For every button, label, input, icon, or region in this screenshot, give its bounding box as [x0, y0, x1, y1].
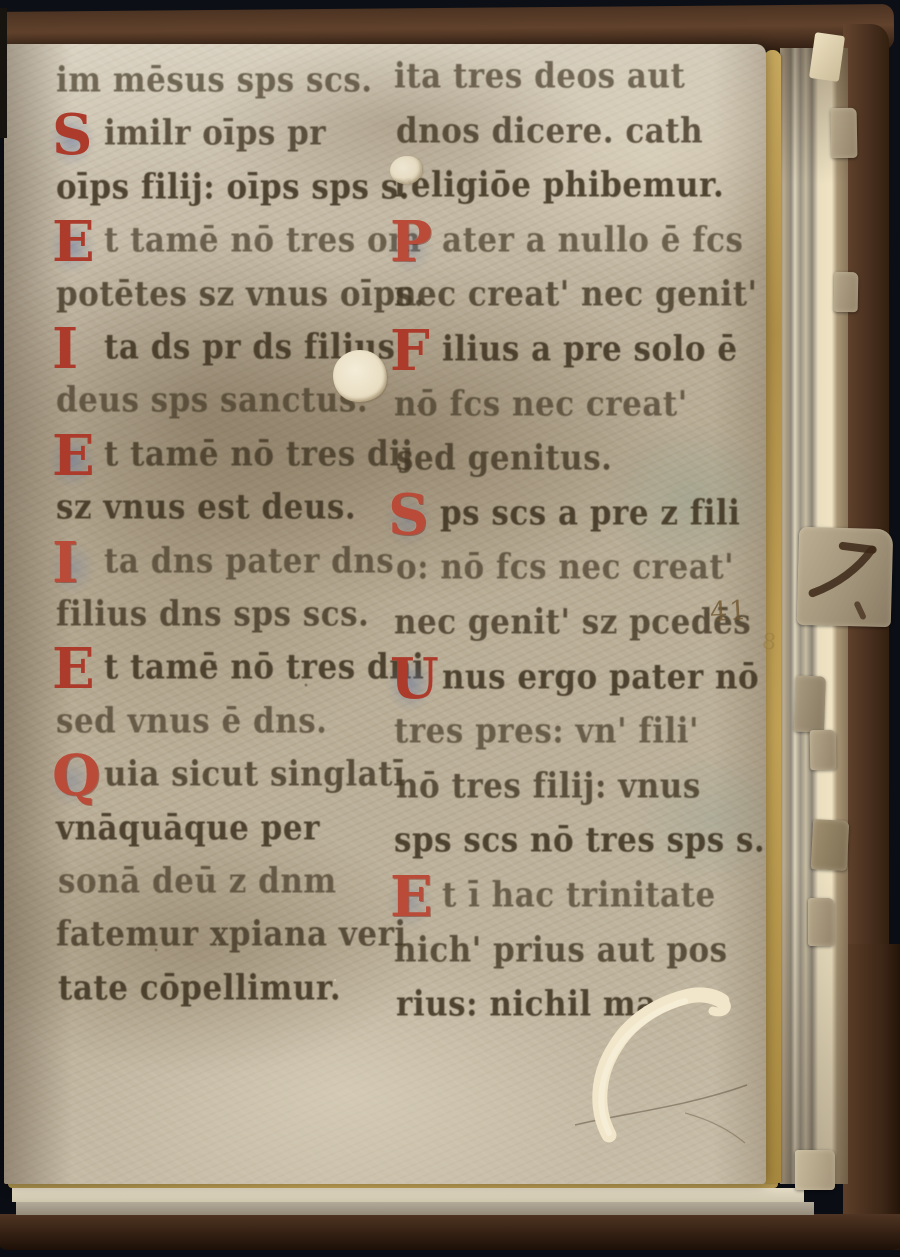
rubricated-initial: U — [390, 651, 439, 707]
manuscript-text: ita tres deos aut — [394, 56, 685, 96]
text-line: Et tamē nō tres dij — [58, 434, 413, 490]
fore-edge-tab — [810, 730, 837, 770]
manuscript-page: im mēsus sps scs.Similr oīps proīps fili… — [4, 44, 766, 1184]
text-line: nō tres filij: vnus — [396, 766, 701, 822]
text-line: filius dns sps scs. — [56, 594, 369, 650]
parchment-repair-mark — [565, 935, 765, 1145]
text-line: im mēsus sps scs. — [56, 60, 373, 116]
photo-backdrop: im mēsus sps scs.Similr oīps proīps fili… — [0, 0, 900, 1257]
text-line: Et ī hac trinitate — [396, 875, 716, 931]
fore-edge-tab — [795, 1150, 835, 1190]
text-line: Pater a nullo ē fcs — [396, 220, 743, 276]
bottom-page-edges — [16, 1202, 814, 1215]
book-cover-right-lower — [843, 944, 900, 1250]
manuscript-text: religiōe phibemur. — [394, 165, 724, 205]
manuscript-text: sz vnus est deus. — [56, 487, 356, 527]
manuscript-text: dnos dicere. cath — [396, 111, 703, 151]
rubricated-initial: P — [390, 214, 432, 270]
folio-number: 41 — [709, 595, 749, 628]
text-line: tate cōpellimur. — [58, 968, 341, 1024]
fore-edge-tab — [831, 108, 858, 158]
manuscript-text: imilr oīps pr — [104, 113, 326, 153]
text-line: vnāquāque per — [56, 808, 320, 864]
painted-page-edge — [764, 50, 781, 1183]
text-line: Ita dns pater dns — [58, 541, 394, 597]
page-corner-peek — [809, 32, 845, 82]
text-line: potētes sz vnus oīps. — [56, 274, 425, 330]
fore-edge-tab — [794, 675, 826, 732]
text-line: oīps filij: oīps sps s. — [56, 167, 410, 223]
manuscript-text: t ī hac trinitate — [442, 875, 716, 915]
text-line: Et tamē nō tres dni — [58, 647, 424, 703]
manuscript-text: ps scs a pre z fili — [440, 493, 740, 533]
text-line: nec creat' nec genit' — [394, 274, 758, 330]
book-cover-right-edge — [843, 24, 889, 948]
tab-numeral-mark — [797, 527, 894, 627]
text-line: religiōe phibemur. — [394, 165, 724, 221]
manuscript-text: uia sicut singlatī — [104, 754, 405, 794]
text-line: dnos dicere. cath — [396, 111, 703, 167]
manuscript-text: vnāquāque per — [56, 808, 320, 848]
text-line: o: nō fcs nec creat' — [396, 547, 734, 603]
rubricated-initial: I — [52, 535, 78, 591]
text-line: deus sps sanctus. — [56, 380, 368, 436]
fore-edge-tab — [808, 898, 834, 946]
rubricated-initial: S — [388, 487, 428, 543]
text-line: Sps scs a pre z fili — [394, 493, 740, 549]
manuscript-text: sps scs nō tres sps s. — [394, 820, 765, 860]
text-line: Unus ergo pater nō — [396, 657, 759, 713]
rubricated-initial: I — [52, 321, 78, 377]
rubricated-initial: E — [52, 428, 95, 484]
rubricated-initial: Q — [52, 748, 101, 804]
text-line: nō fcs nec creat' — [394, 384, 688, 440]
text-line: sonā deū z dnm — [58, 861, 337, 917]
manuscript-text: ilius a pre solo ē — [442, 329, 738, 369]
manuscript-text: nus ergo pater nō — [442, 657, 759, 697]
text-line: nec genit' sz pcedēs — [394, 602, 751, 658]
fore-edge-tab — [811, 819, 850, 871]
text-line: Similr oīps pr — [58, 113, 326, 169]
manuscript-text: nō fcs nec creat' — [394, 384, 688, 424]
parchment-hole-small — [390, 156, 422, 184]
text-line: sps scs nō tres sps s. — [394, 820, 765, 876]
manuscript-text: ater a nullo ē fcs — [442, 220, 743, 260]
manuscript-text: oīps filij: oīps sps s. — [56, 167, 410, 207]
text-line: Et tamē nō tres om — [58, 220, 421, 276]
manuscript-text: im mēsus sps scs. — [56, 60, 373, 100]
text-line: ita tres deos aut — [394, 56, 685, 112]
manuscript-text: sed vnus ē dns. — [56, 701, 327, 741]
bottom-page-edges — [12, 1188, 804, 1202]
manuscript-text: nec genit' sz pcedēs — [394, 602, 751, 642]
manuscript-text: ta dns pater dns — [104, 541, 394, 581]
rubricated-initial: F — [390, 323, 430, 379]
manuscript-text: t tamē nō tres dni — [104, 647, 424, 687]
manuscript-text: tate cōpellimur. — [58, 968, 341, 1008]
book-cover-bottom-edge — [0, 1214, 900, 1250]
rubricated-initial: S — [52, 107, 92, 163]
manuscript-text: deus sps sanctus. — [56, 380, 368, 420]
text-line: tres pres: vn' fili' — [394, 711, 699, 767]
manuscript-text: fatemur xpiana veri — [56, 914, 407, 954]
rubricated-initial: E — [52, 641, 95, 697]
manuscript-text: tres pres: vn' fili' — [394, 711, 699, 751]
manuscript-text: potētes sz vnus oīps. — [56, 274, 425, 314]
text-line: Filius a pre solo ē — [396, 329, 738, 385]
manuscript-text: t tamē nō tres om — [104, 220, 421, 260]
text-line: Quia sicut singlatī — [58, 754, 405, 810]
manuscript-text: filius dns sps scs. — [56, 594, 369, 634]
manuscript-text: nec creat' nec genit' — [394, 274, 758, 314]
text-column-left: im mēsus sps scs.Similr oīps proīps fili… — [56, 44, 392, 1184]
manuscript-text: sed genitus. — [396, 438, 612, 478]
manuscript-text: nō tres filij: vnus — [396, 766, 701, 806]
manuscript-text: t tamē nō tres dij — [104, 434, 413, 474]
manuscript-text: sonā deū z dnm — [58, 861, 337, 901]
rubricated-initial: E — [52, 214, 95, 270]
edge-mark: 8 — [761, 629, 778, 655]
fore-edge-tab-large — [797, 527, 894, 627]
rubricated-initial: E — [390, 869, 433, 925]
fore-edge-tab — [834, 272, 859, 312]
text-line: fatemur xpiana veri — [56, 914, 407, 970]
gutter-shadow — [0, 8, 7, 138]
manuscript-text: o: nō fcs nec creat' — [396, 547, 734, 587]
